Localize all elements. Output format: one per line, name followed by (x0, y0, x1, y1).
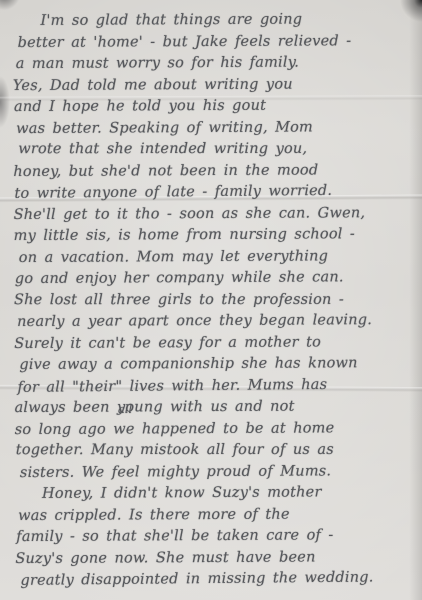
handwriting-line: for all "their" lives with her. Mums has (14, 374, 410, 399)
handwriting-line: so long ago we happened to be at home (15, 417, 411, 441)
handwriting-line: give away a companionship she has known (14, 353, 410, 377)
handwriting-line: Yes, Dad told me about writing you (13, 73, 409, 97)
handwriting-line: I'm so glad that things are going (12, 9, 408, 33)
handwriting-line: my little sis, is home from nursing scho… (14, 224, 410, 248)
handwriting-line: to write anyone of late - family worried… (13, 180, 409, 205)
handwriting-line: on a vacation. Mom may let everything (14, 245, 410, 269)
letter-text-block: I'm so glad that things are going better… (12, 9, 411, 592)
handwriting-line: She lost all three girls to the professi… (14, 289, 410, 311)
handwriting-line: together. Many mistook all four of us as (15, 440, 411, 462)
handwriting-line: Suzy's gone now. She must have been (15, 546, 411, 570)
handwriting-line: always been young with us and not (15, 396, 411, 420)
handwriting-line: Surely it can't be easy for a mother to (14, 331, 410, 355)
handwriting-line: and I hope he told you his gout (13, 95, 409, 119)
letter-page: I'm so glad that things are going better… (0, 0, 422, 600)
handwriting-line: go and enjoy her company while she can. (14, 267, 410, 291)
handwriting-line: Honey, I didn't know Suzy's mother (15, 482, 411, 506)
handwriting-line: wrote that she intended writing you, (13, 139, 409, 161)
handwriting-line: greatly disappointed in missing the wedd… (15, 567, 411, 592)
inserted-word-above-line: all (118, 402, 132, 416)
handwriting-line: She'll get to it tho - soon as she can. … (13, 202, 409, 226)
handwriting-line: sisters. We feel mighty proud of Mums. (15, 460, 411, 484)
handwriting-line: family - so that she'll be taken care of… (15, 525, 411, 549)
handwriting-line: was better. Speaking of writing, Mom (13, 116, 409, 140)
handwriting-line: honey, but she'd not been in the mood (13, 159, 409, 183)
handwriting-line: was crippled. Is there more of the (15, 503, 411, 527)
handwriting-line: nearly a year apart once they began leav… (14, 310, 410, 334)
handwriting-line: better at 'home' - but Jake feels reliev… (13, 30, 409, 54)
handwriting-line: a man must worry so for his family. (13, 52, 409, 76)
